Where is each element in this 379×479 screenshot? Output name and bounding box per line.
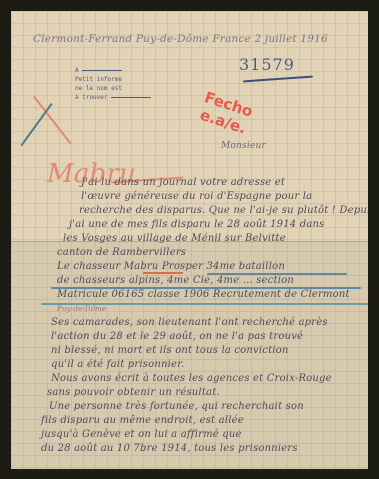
body-line: J'ai lu dans un journal votre adresse et bbox=[81, 177, 285, 188]
blue-pencil-stroke bbox=[20, 103, 52, 146]
body-line: du 28 août au 10 7bre 1914, tous les pri… bbox=[41, 443, 298, 454]
reference-number: 31579 bbox=[239, 55, 295, 74]
body-line: recherche des disparus. Que ne l'ai-je s… bbox=[79, 205, 368, 216]
stamp-line: A bbox=[75, 66, 133, 75]
body-line: l'œuvre généreuse du roi d'Espagne pour … bbox=[81, 191, 312, 202]
body-line: qu'il a été fait prisonnier. bbox=[51, 359, 184, 370]
red-underline bbox=[143, 272, 183, 274]
stamp-line: à trouver bbox=[75, 93, 133, 102]
body-line: sans pouvoir obtenir un résultat. bbox=[47, 387, 220, 398]
body-line: l'action du 28 et le 29 août, on ne l'a … bbox=[51, 331, 303, 342]
body-line: les Vosges au village de Ménil sur Belvi… bbox=[63, 233, 286, 244]
archive-stamp: A Petit informe ne le nom est à trouver bbox=[75, 66, 133, 110]
fecho-stamp: Fecho e.a/e. bbox=[197, 88, 255, 138]
body-line: Une personne très fortunée, qui recherch… bbox=[49, 401, 304, 412]
body-line: de chasseurs alpins, 4me Cie, 4me ... se… bbox=[57, 275, 294, 286]
letter-page: Clermont-Ferrand Puy-de-Dôme France 2 ju… bbox=[11, 11, 368, 469]
body-line: Nous avons écrit à toutes les agences et… bbox=[51, 373, 332, 384]
body-line: Puy-de-Dôme bbox=[57, 305, 106, 313]
reference-underline bbox=[243, 76, 313, 83]
salutation: Monsieur bbox=[221, 141, 266, 151]
body-line: j'ai une de mes fils disparu le 28 août … bbox=[69, 219, 324, 230]
body-line: Matricule 06165 classe 1906 Recrutement … bbox=[57, 289, 350, 300]
body-line: ni blessé, ni mort et ils ont tous la co… bbox=[51, 345, 289, 356]
body-line: jusqu'à Genève et on lui a affirmé que bbox=[41, 429, 242, 440]
body-line: canton de Rambervillers bbox=[57, 247, 186, 258]
body-line: Le chasseur Mabru Prosper 34me bataillon bbox=[57, 261, 285, 272]
letter-header: Clermont-Ferrand Puy-de-Dôme France 2 ju… bbox=[33, 33, 328, 45]
stamp-line: Petit informe bbox=[75, 75, 133, 84]
body-line: fils disparu au même endroit, est allée bbox=[41, 415, 244, 426]
body-line: Ses camarades, son lieutenant l'ont rech… bbox=[51, 317, 328, 328]
stamp-line: ne le nom est bbox=[75, 84, 133, 93]
